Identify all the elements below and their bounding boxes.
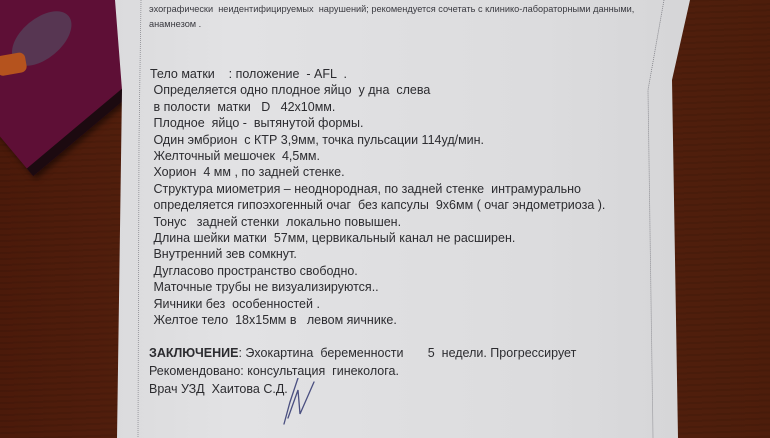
body-line: Тонус задней стенки локально повышен. bbox=[150, 214, 670, 230]
conclusion-label: ЗАКЛЮЧЕНИЕ bbox=[149, 346, 238, 360]
body-line: Плодное яйцо - вытянутой формы. bbox=[150, 115, 670, 131]
recommendation-line: Рекомендовано: консультация гинеколога. bbox=[149, 362, 576, 380]
conclusion-line: ЗАКЛЮЧЕНИЕ: Эхокартина беременности 5 не… bbox=[149, 344, 576, 362]
report-body: Тело матки : положение - AFL . Определяе… bbox=[150, 66, 670, 329]
body-line: Внутренний зев сомкнут. bbox=[150, 246, 670, 262]
header-line: эхографически неидентифицируемых нарушен… bbox=[149, 2, 669, 17]
report-header-fragment: эхографически неидентифицируемых нарушен… bbox=[149, 2, 669, 32]
book-decoration-accent bbox=[0, 52, 28, 77]
body-line: определяется гипоэхогенный очаг без капс… bbox=[150, 197, 670, 213]
body-line: Желточный мешочек 4,5мм. bbox=[150, 148, 670, 164]
body-line: Длина шейки матки 57мм, цервикальный кан… bbox=[150, 230, 670, 246]
conclusion-block: ЗАКЛЮЧЕНИЕ: Эхокартина беременности 5 не… bbox=[149, 344, 576, 398]
doctor-line: Врач УЗД Хаитова С.Д. bbox=[149, 380, 576, 398]
body-line: Яичники без особенностей . bbox=[150, 296, 670, 312]
body-line: Хорион 4 мм , по задней стенке. bbox=[150, 164, 670, 180]
signature-icon bbox=[270, 378, 330, 428]
body-line: Определяется одно плодное яйцо у дна сле… bbox=[150, 82, 670, 98]
header-line: анамнезом . bbox=[149, 17, 669, 32]
conclusion-text: : Эхокартина беременности 5 недели. Прог… bbox=[238, 346, 576, 360]
body-line: в полости матки D 42х10мм. bbox=[150, 99, 670, 115]
body-line: Дугласово пространство свободно. bbox=[150, 263, 670, 279]
body-line: Структура миометрия – неоднородная, по з… bbox=[150, 181, 670, 197]
body-line: Один эмбрион с КТР 3,9мм, точка пульсаци… bbox=[150, 132, 670, 148]
body-line: Желтое тело 18х15мм в левом яичнике. bbox=[150, 312, 670, 328]
body-line: Маточные трубы не визуализируются.. bbox=[150, 279, 670, 295]
body-line: Тело матки : положение - AFL . bbox=[150, 66, 670, 82]
